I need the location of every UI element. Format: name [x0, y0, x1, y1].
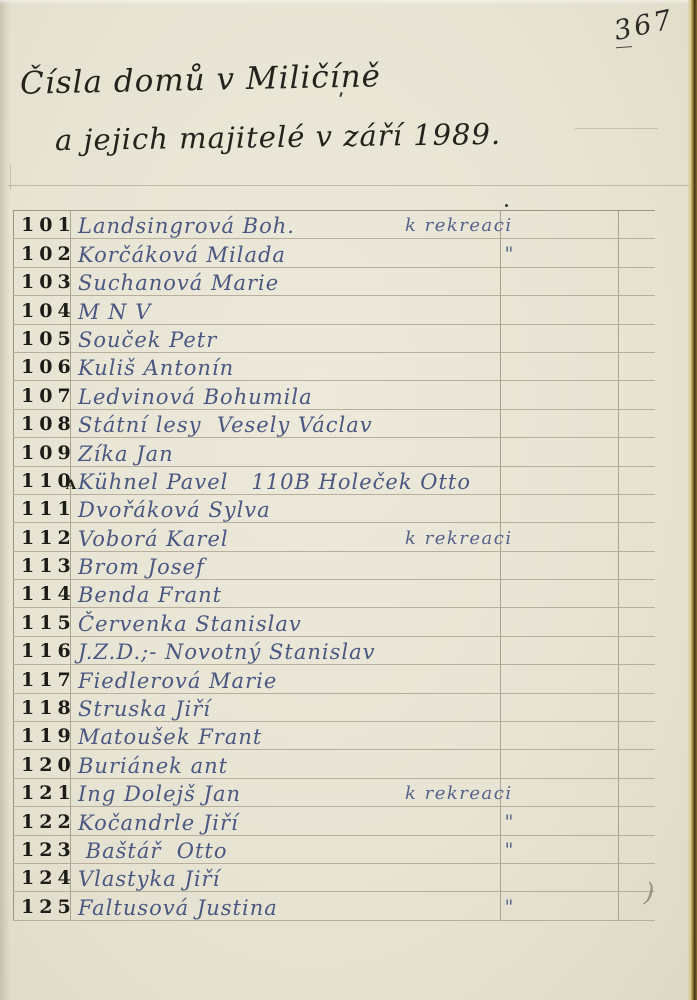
- house-number: 102: [21, 245, 76, 264]
- table-row: 116J.Z.D.;- Novotný Stanislav: [13, 637, 655, 665]
- table-row: 113Brom Josef: [13, 552, 655, 580]
- house-number: 123: [21, 841, 76, 860]
- house-number: 116: [21, 642, 76, 661]
- house-number: 103: [21, 273, 76, 292]
- owner-name: M N V: [78, 302, 151, 323]
- table-row: 125Faltusová Justina": [13, 892, 655, 920]
- table-row: 106Kuliš Antonín: [13, 353, 655, 381]
- house-number: 111: [21, 500, 76, 519]
- owner-name: Kuliš Antonín: [78, 358, 234, 379]
- house-number: 117: [21, 671, 76, 690]
- house-number: 119: [21, 727, 76, 746]
- house-number: 121: [21, 784, 76, 803]
- house-register-table: 101Landsingrová Boh.k rekreaci102Korčáko…: [13, 210, 655, 921]
- owner-name: Kočandrle Jiří: [78, 813, 239, 834]
- owner-name: Landsingrová Boh.: [78, 216, 295, 237]
- house-number: 109: [21, 444, 76, 463]
- usage-note: ": [475, 245, 545, 264]
- page-left-edge-shadow: [0, 0, 10, 1000]
- page-number: 367: [612, 4, 678, 47]
- pencil-guide-line: [575, 128, 658, 129]
- usage-note: ": [475, 813, 545, 832]
- table-row: 108Státní lesy Vesely Václav: [13, 410, 655, 438]
- scanned-page: 367 Čísla domů v Miličíně a jejich majit…: [0, 0, 697, 1000]
- table-row: 114Benda Frant: [13, 580, 655, 608]
- owner-name: Benda Frant: [78, 585, 222, 606]
- table-row: 124Vlastyka Jiří: [13, 864, 655, 892]
- owner-name: Suchanová Marie: [78, 273, 279, 294]
- table-row: 123 Baštář Otto": [13, 836, 655, 864]
- owner-name: Ledvinová Bohumila: [78, 387, 313, 408]
- table-row: 111Dvořáková Sylva: [13, 495, 655, 523]
- pencil-guide-line: [8, 185, 690, 186]
- pencil-guide-tick: [10, 164, 11, 190]
- page-right-edge: [684, 0, 697, 1000]
- table-row: 103Suchanová Marie: [13, 268, 655, 296]
- house-number: 114: [21, 585, 76, 604]
- house-number: 108: [21, 415, 76, 434]
- owner-name: J.Z.D.;- Novotný Stanislav: [78, 642, 375, 663]
- house-number: 122: [21, 813, 76, 832]
- owner-name: Státní lesy Vesely Václav: [78, 415, 373, 436]
- owner-name: Matoušek Frant: [78, 727, 262, 748]
- table-row: 110AKühnel Pavel 110B Holeček Otto: [13, 467, 655, 495]
- usage-note: k rekreaci: [405, 217, 513, 235]
- table-row: 101Landsingrová Boh.k rekreaci: [13, 211, 655, 239]
- table-row: 102Korčáková Milada": [13, 239, 655, 267]
- house-number: 105: [21, 330, 76, 349]
- owner-name: Fiedlerová Marie: [78, 671, 277, 692]
- table-row: 105Souček Petr: [13, 325, 655, 353]
- house-number: 118: [21, 699, 76, 718]
- owner-name: Struska Jiří: [78, 699, 211, 720]
- page-top-edge: [0, 0, 697, 4]
- table-row: 119Matoušek Frant: [13, 722, 655, 750]
- house-number: 101: [21, 216, 76, 235]
- usage-note: k rekreaci: [405, 785, 513, 803]
- table-row: 109Zíka Jan: [13, 438, 655, 466]
- usage-note: ": [475, 841, 545, 860]
- table-row: 118Struska Jiří: [13, 694, 655, 722]
- table-row: 120Buriánek ant: [13, 750, 655, 778]
- house-number: 124: [21, 869, 76, 888]
- house-number: 104: [21, 302, 76, 321]
- ink-speck: [505, 204, 508, 207]
- owner-name: Zíka Jan: [78, 444, 174, 465]
- house-number: 112: [21, 529, 76, 548]
- house-number: 107: [21, 387, 76, 406]
- house-number: 125: [21, 898, 76, 917]
- owner-name: Faltusová Justina: [78, 898, 278, 919]
- owner-name: Dvořáková Sylva: [78, 500, 271, 521]
- table-row: 122Kočandrle Jiří": [13, 807, 655, 835]
- page-subtitle: a jejich majitelé v září 1989.: [55, 117, 502, 157]
- owner-name: Brom Josef: [78, 557, 205, 578]
- owner-name: Baštář Otto: [78, 841, 228, 862]
- owner-name: Kühnel Pavel 110B Holeček Otto: [78, 472, 471, 493]
- owner-name: Voborá Karel: [78, 529, 229, 550]
- house-number: 106: [21, 358, 76, 377]
- table-row: 115Červenka Stanislav: [13, 608, 655, 636]
- table-row: 104M N V: [13, 296, 655, 324]
- table-row: 121Ing Dolejš Jank rekreaci: [13, 779, 655, 807]
- owner-name: Vlastyka Jiří: [78, 869, 220, 890]
- pencil-mark: ): [643, 878, 655, 909]
- usage-note: k rekreaci: [405, 530, 513, 548]
- owner-name: Buriánek ant: [78, 756, 228, 777]
- owner-name: Červenka Stanislav: [78, 614, 302, 635]
- owner-name: Korčáková Milada: [78, 245, 286, 266]
- owner-name: Souček Petr: [78, 330, 217, 351]
- usage-note: ": [475, 898, 545, 917]
- house-number-suffix: A: [66, 479, 76, 492]
- owner-name: Ing Dolejš Jan: [78, 784, 241, 805]
- house-number: 120: [21, 756, 76, 775]
- page-title: Čísla domů v Miličíně: [20, 58, 382, 102]
- house-number: 113: [21, 557, 76, 576]
- table-row: 107Ledvinová Bohumila: [13, 381, 655, 409]
- table-row: 112Voborá Karelk rekreaci: [13, 523, 655, 551]
- table-row: 117Fiedlerová Marie: [13, 665, 655, 693]
- house-number: 115: [21, 614, 76, 633]
